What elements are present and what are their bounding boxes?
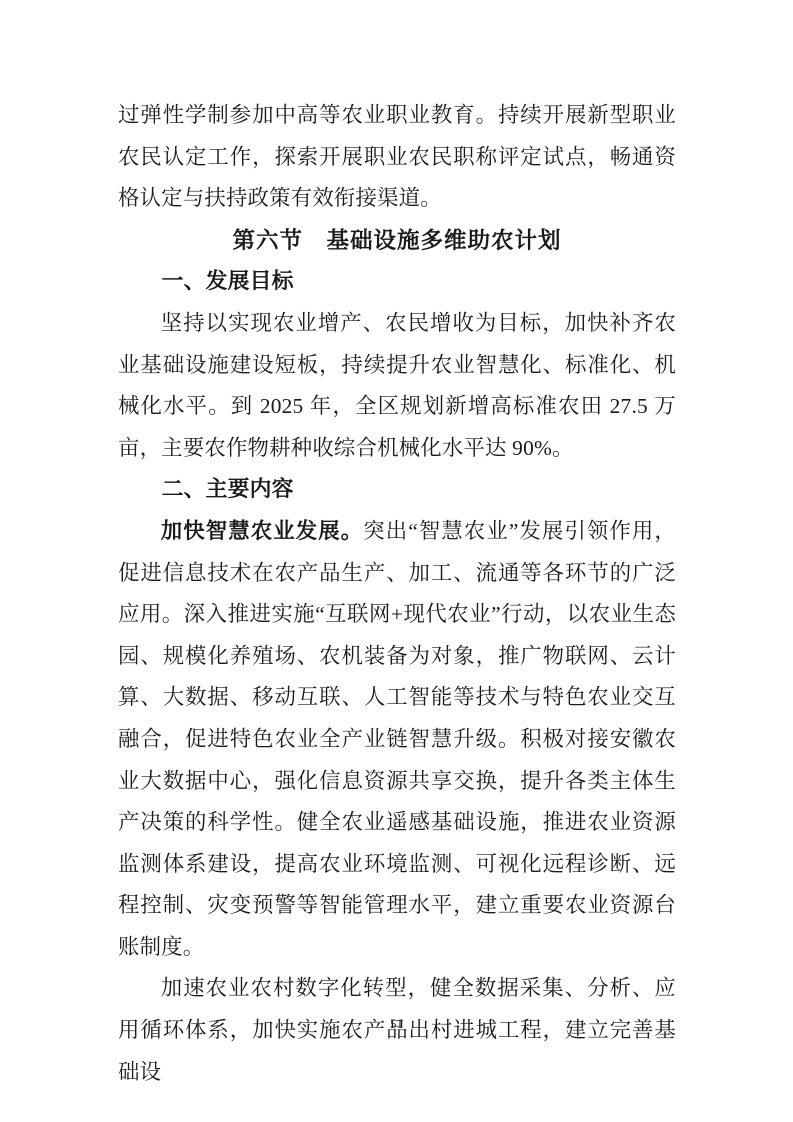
carryover-paragraph: 过弹性学制参加中高等农业职业教育。持续开展新型职业农民认定工作，探索开展职业农民… [118, 95, 676, 220]
section1-paragraph: 坚持以实现农业增产、农民增收为目标，加快补齐农业基础设施建设短板，持续提升农业智… [118, 303, 676, 469]
paragraph-bold-lead: 加快智慧农业发展。 [161, 519, 363, 543]
section2-heading: 二、主要内容 [118, 469, 676, 511]
section2-paragraph-1: 加快智慧农业发展。突出“智慧农业”发展引领作用，促进信息技术在农产品生产、加工、… [118, 511, 676, 969]
page-content: 过弹性学制参加中高等农业职业教育。持续开展新型职业农民认定工作，探索开展职业农民… [118, 95, 676, 1093]
paragraph-body-text: 突出“智慧农业”发展引领作用，促进信息技术在农产品生产、加工、流通等各环节的广泛… [118, 519, 676, 959]
chapter-heading: 第六节 基础设施多维助农计划 [118, 220, 676, 262]
section1-heading: 一、发展目标 [118, 261, 676, 303]
document-page: 过弹性学制参加中高等农业职业教育。持续开展新型职业农民认定工作，探索开展职业农民… [0, 0, 793, 1122]
page-number: 51 [0, 1016, 793, 1032]
